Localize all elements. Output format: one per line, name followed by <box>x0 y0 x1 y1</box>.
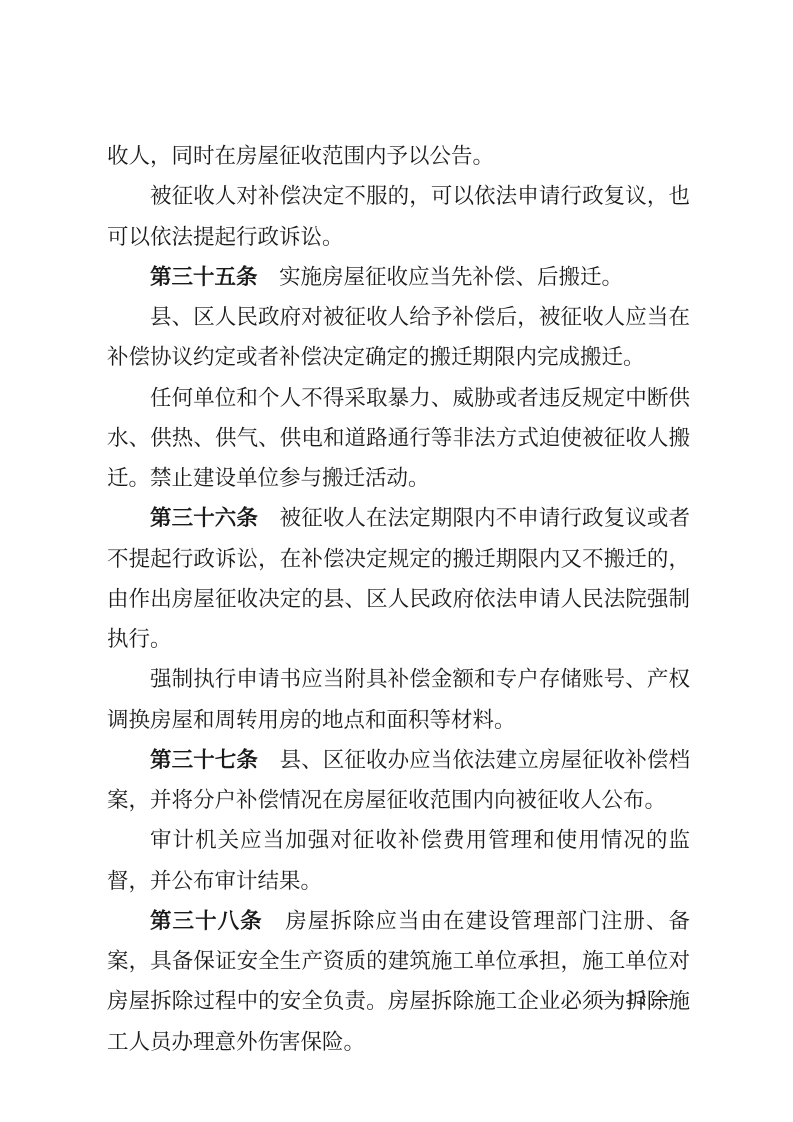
paragraph: 被征收人对补偿决定不服的，可以依法申请行政复议，也可以依法提起行政诉讼。 <box>107 177 690 258</box>
paragraph: 任何单位和个人不得采取暴力、威胁或者违反规定中断供水、供热、供气、供电和道路通行… <box>107 379 690 500</box>
article-37: 第三十七条县、区征收办应当依法建立房屋征收补偿档案，并将分户补偿情况在房屋征收范… <box>107 741 690 822</box>
article-36: 第三十六条被征收人在法定期限内不申请行政复议或者不提起行政诉讼，在补偿决定规定的… <box>107 499 690 660</box>
article-number: 第三十五条 <box>150 265 258 290</box>
paragraph: 县、区人民政府对被征收人给予补偿后，被征收人应当在补偿协议约定或者补偿决定确定的… <box>107 298 690 379</box>
article-35: 第三十五条实施房屋征收应当先补偿、后搬迁。 <box>107 258 690 298</box>
document-page: 收人，同时在房屋征收范围内予以公告。 被征收人对补偿决定不服的，可以依法申请行政… <box>107 137 690 1063</box>
paragraph-continuation: 收人，同时在房屋征收范围内予以公告。 <box>107 137 690 177</box>
paragraph: 强制执行申请书应当附具补偿金额和专户存储账号、产权调换房屋和周转用房的地点和面积… <box>107 660 690 741</box>
article-text: 实施房屋征收应当先补偿、后搬迁。 <box>279 265 623 290</box>
page-number: — 13 — <box>600 988 673 1010</box>
article-number: 第三十六条 <box>150 506 258 531</box>
article-number: 第三十八条 <box>150 909 263 934</box>
paragraph: 审计机关应当加强对征收补偿费用管理和使用情况的监督，并公布审计结果。 <box>107 821 690 902</box>
article-number: 第三十七条 <box>150 748 258 773</box>
article-38: 第三十八条房屋拆除应当由在建设管理部门注册、备案，具备保证安全生产资质的建筑施工… <box>107 902 690 1063</box>
